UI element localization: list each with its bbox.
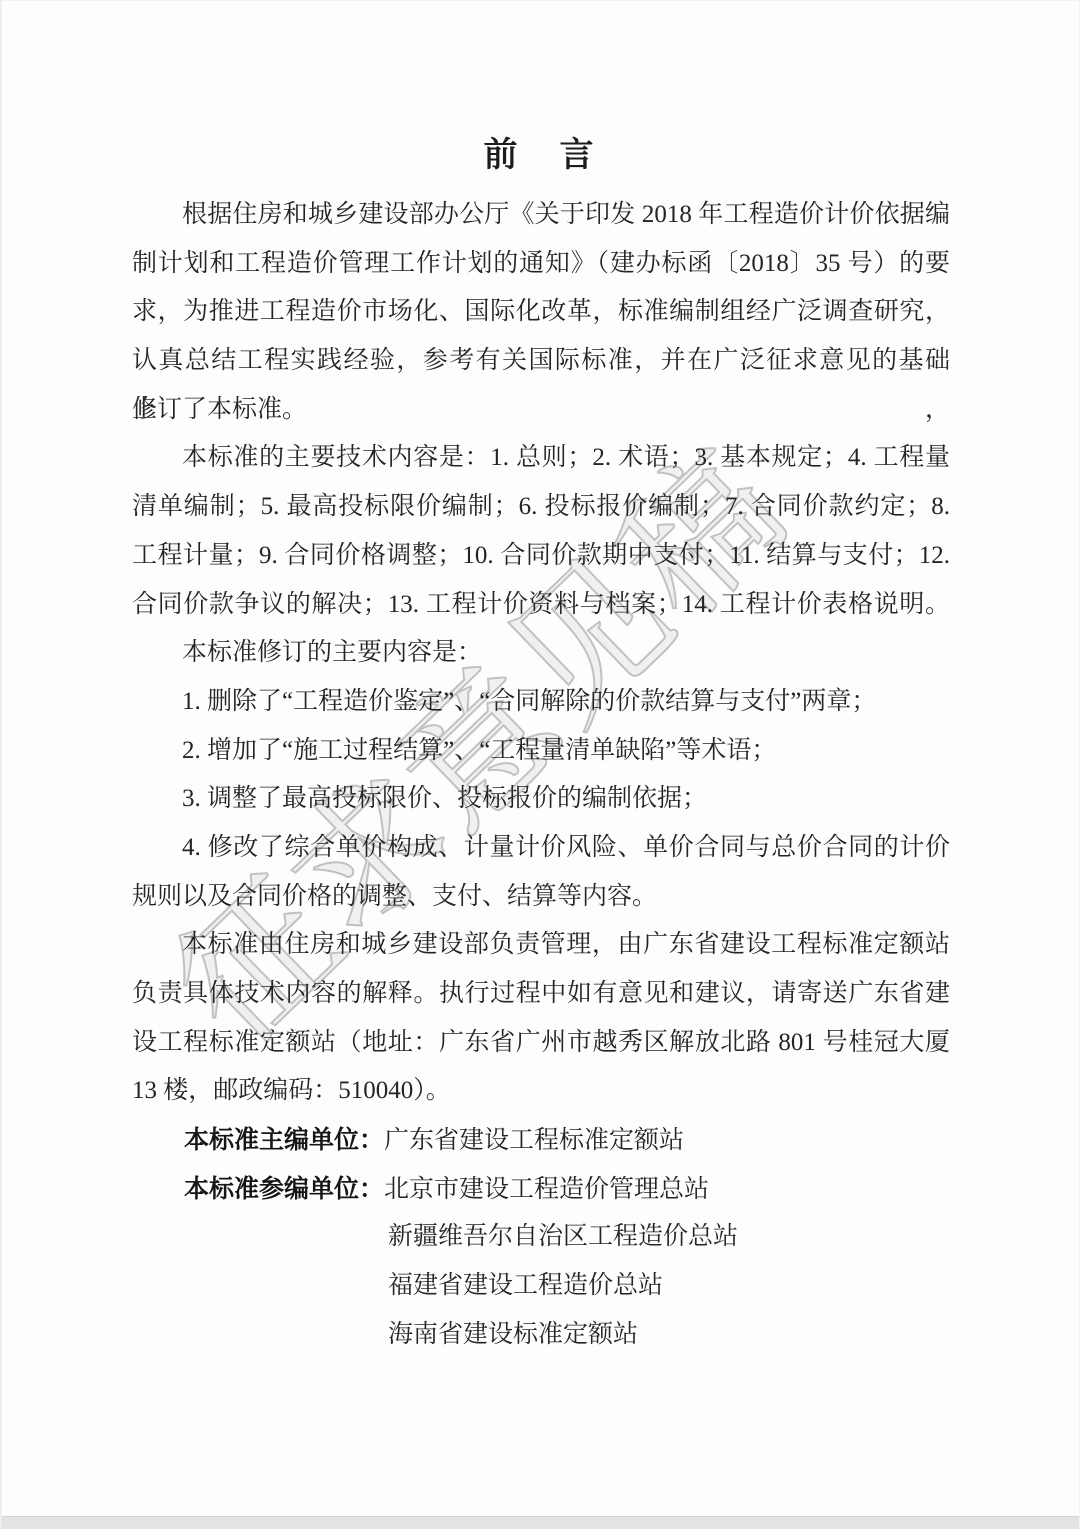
body-line: 合同价款争议的解决；13. 工程计价资料与档案；14. 工程计价表格说明。 bbox=[132, 581, 950, 630]
body-line: 本标准由住房和城乡建设部负责管理，由广东省建设工程标准定额站 bbox=[132, 921, 950, 970]
participant-editors-line: 本标准参编单位：北京市建设工程造价管理总站 bbox=[132, 1165, 950, 1214]
participant-editor-value: 海南省建设标准定额站 bbox=[132, 1311, 950, 1360]
participant-editor-value: 福建省建设工程造价总站 bbox=[132, 1262, 950, 1311]
body-line: 4. 修改了综合单价构成、计量计价风险、单价合同与总价合同的计价 bbox=[132, 824, 950, 873]
body-line: 设工程标准定额站（地址：广东省广州市越秀区解放北路 801 号桂冠大厦 bbox=[132, 1019, 950, 1068]
body-line: 制计划和工程造价管理工作计划的通知》（建办标函〔2018〕35 号）的要 bbox=[132, 240, 950, 289]
body-line: 求，为推进工程造价市场化、国际化改革，标准编制组经广泛调查研究， bbox=[132, 288, 950, 337]
chief-editor-line: 本标准主编单位：广东省建设工程标准定额站 bbox=[132, 1116, 950, 1165]
participant-editor-value: 新疆维吾尔自治区工程造价总站 bbox=[132, 1213, 950, 1262]
body-line: 13 楼，邮政编码：510040）。 bbox=[132, 1067, 950, 1116]
body-line: 规则以及合同价格的调整、支付、结算等内容。 bbox=[132, 873, 950, 922]
viewer-bottom-bar bbox=[2, 1516, 1079, 1529]
body-line: 本标准修订的主要内容是： bbox=[132, 629, 950, 678]
body-line: 1. 删除了“工程造价鉴定”、“合同解除的价款结算与支付”两章； bbox=[132, 678, 950, 727]
chief-editor-value: 广东省建设工程标准定额站 bbox=[384, 1117, 684, 1166]
chief-editor-label: 本标准主编单位： bbox=[184, 1116, 384, 1165]
preface-title: 前 言 bbox=[2, 127, 1079, 176]
body-line: 认真总结工程实践经验，参考有关国际标准，并在广泛征求意见的基础上， bbox=[132, 337, 950, 386]
participant-editor-value: 北京市建设工程造价管理总站 bbox=[384, 1166, 709, 1215]
participant-editors-label: 本标准参编单位： bbox=[184, 1165, 384, 1214]
document-page: 征求意见稿 前 言 根据住房和城乡建设部办公厅《关于印发 2018 年工程造价计… bbox=[0, 0, 1080, 1529]
body-line: 负责具体技术内容的解释。执行过程中如有意见和建议，请寄送广东省建 bbox=[132, 970, 950, 1019]
preface-body: 根据住房和城乡建设部办公厅《关于印发 2018 年工程造价计价依据编 制计划和工… bbox=[132, 191, 950, 1360]
body-line: 清单编制；5. 最高投标限价编制；6. 投标报价编制；7. 合同价款约定；8. bbox=[132, 483, 950, 532]
body-line: 本标准的主要技术内容是：1. 总则；2. 术语；3. 基本规定；4. 工程量 bbox=[132, 434, 950, 483]
body-line: 工程计量；9. 合同价格调整；10. 合同价款期中支付；11. 结算与支付；12… bbox=[132, 532, 950, 581]
body-line: 2. 增加了“施工过程结算”、“工程量清单缺陷”等术语； bbox=[132, 727, 950, 776]
body-line: 根据住房和城乡建设部办公厅《关于印发 2018 年工程造价计价依据编 bbox=[132, 191, 950, 240]
body-line: 3. 调整了最高投标限价、投标报价的编制依据； bbox=[132, 775, 950, 824]
